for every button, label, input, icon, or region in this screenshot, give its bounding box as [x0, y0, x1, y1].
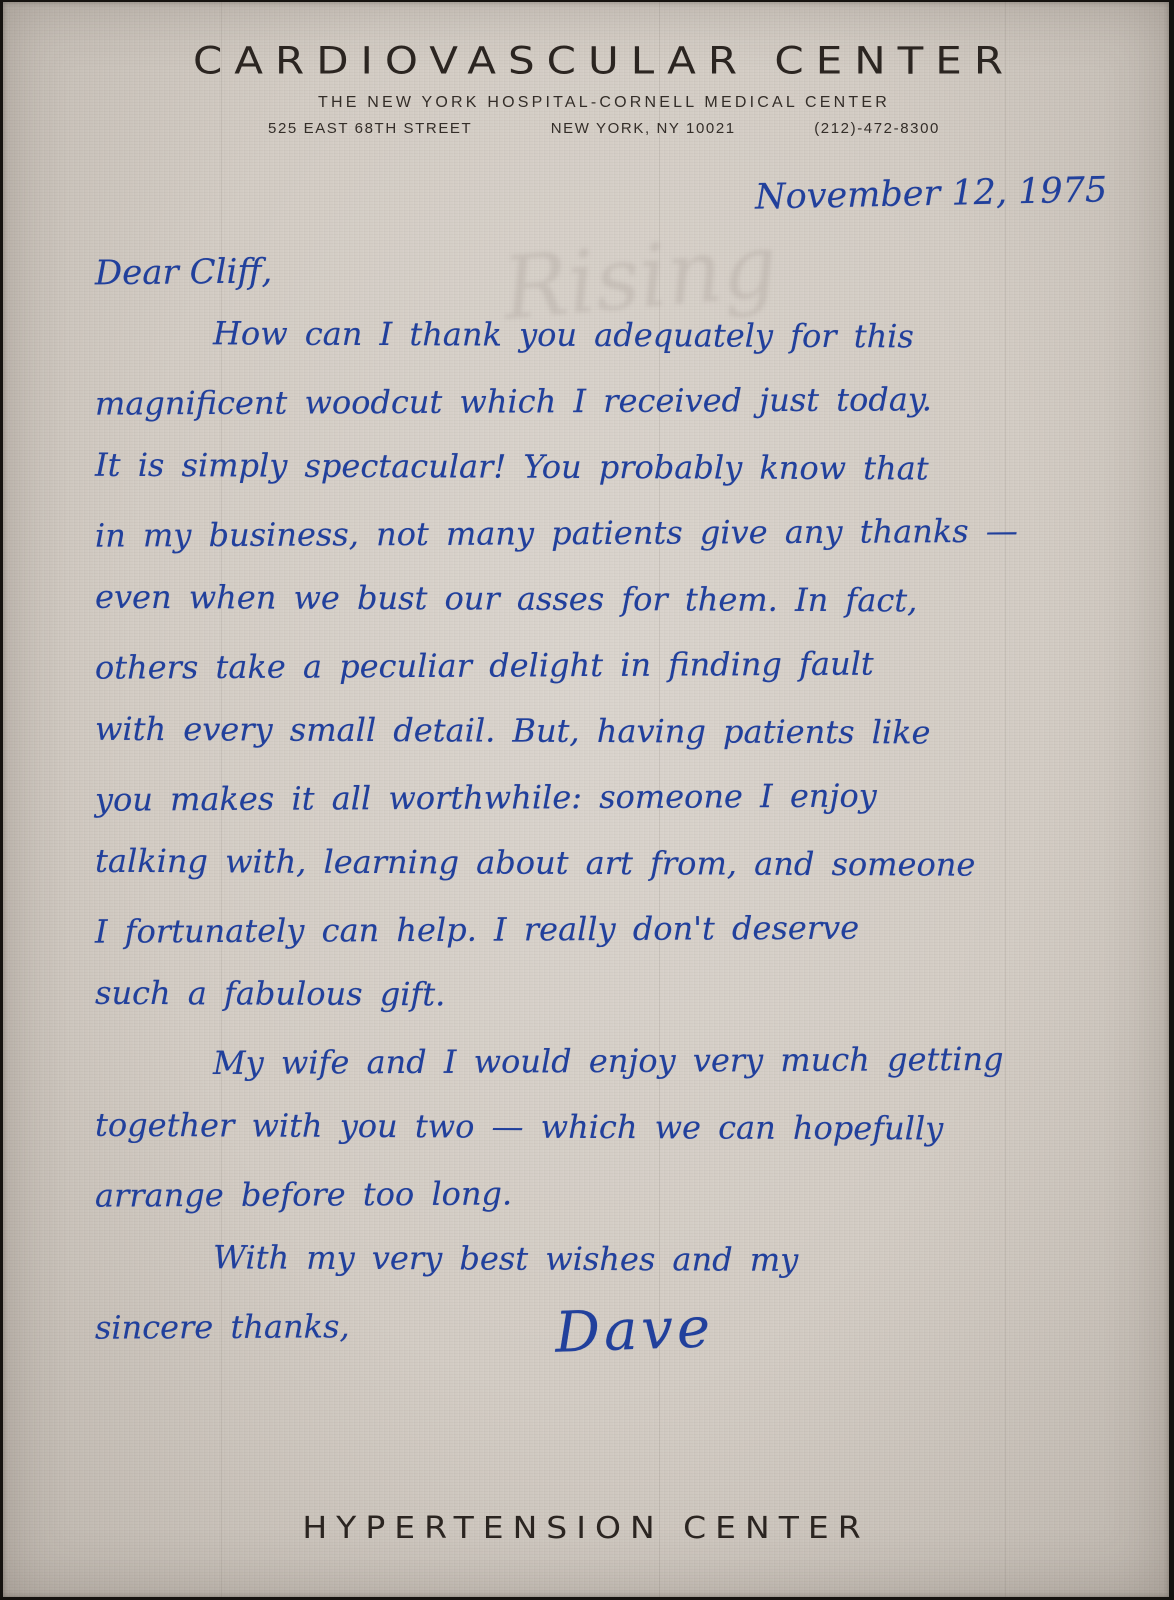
- letter-line: you makes it all worthwhile: someone I e…: [95, 775, 1111, 846]
- letter-line: talking with, learning about art from, a…: [95, 842, 1111, 912]
- letterhead-street: 525 EAST 68TH STREET: [268, 120, 472, 137]
- letter-line: even when we bust our asses for them. In…: [95, 578, 1111, 648]
- footer-title: HYPERTENSION CENTER: [3, 1510, 1169, 1546]
- letter-lines: How can I thank you adequately for thism…: [95, 316, 1111, 1372]
- letter-line: It is simply spectacular! You probably k…: [95, 446, 1111, 516]
- letterhead-subtitle: THE NEW YORK HOSPITAL-CORNELL MEDICAL CE…: [21, 94, 1174, 112]
- letter-line: in my business, not many patients give a…: [95, 511, 1111, 582]
- letterhead-address-row: 525 EAST 68TH STREET NEW YORK, NY 10021 …: [268, 120, 940, 137]
- letter-line: such a fabulous gift.: [95, 974, 1111, 1044]
- letter-line: magnificent woodcut which I received jus…: [95, 379, 1111, 450]
- letter-date: November 12, 1975: [755, 170, 1108, 217]
- letter-line: arrange before too long.: [95, 1171, 1111, 1242]
- letter-line: With my very best wishes and my: [95, 1238, 1111, 1308]
- letterhead-phone: (212)-472-8300: [814, 120, 940, 137]
- letter-body: Dear Cliff, How can I thank you adequate…: [95, 248, 1111, 1372]
- letter-line: My wife and I would enjoy very much gett…: [95, 1039, 1111, 1110]
- letterhead-title: CARDIOVASCULAR CENTER: [21, 38, 1174, 82]
- letter-line: together with you two — which we can hop…: [95, 1106, 1111, 1176]
- letter-line: others take a peculiar delight in findin…: [95, 643, 1111, 714]
- letterhead-city: NEW YORK, NY 10021: [551, 120, 736, 137]
- letter-page: Rising CARDIOVASCULAR CENTER THE NEW YOR…: [3, 2, 1169, 1597]
- letter-line: How can I thank you adequately for this: [95, 314, 1111, 384]
- letter-signature: Dave: [554, 1295, 715, 1366]
- letter-line: with every small detail. But, having pat…: [95, 710, 1111, 780]
- letter-salutation: Dear Cliff,: [95, 243, 1112, 322]
- letter-line: I fortunately can help. I really don't d…: [95, 907, 1111, 978]
- letterhead: CARDIOVASCULAR CENTER THE NEW YORK HOSPI…: [21, 36, 1174, 137]
